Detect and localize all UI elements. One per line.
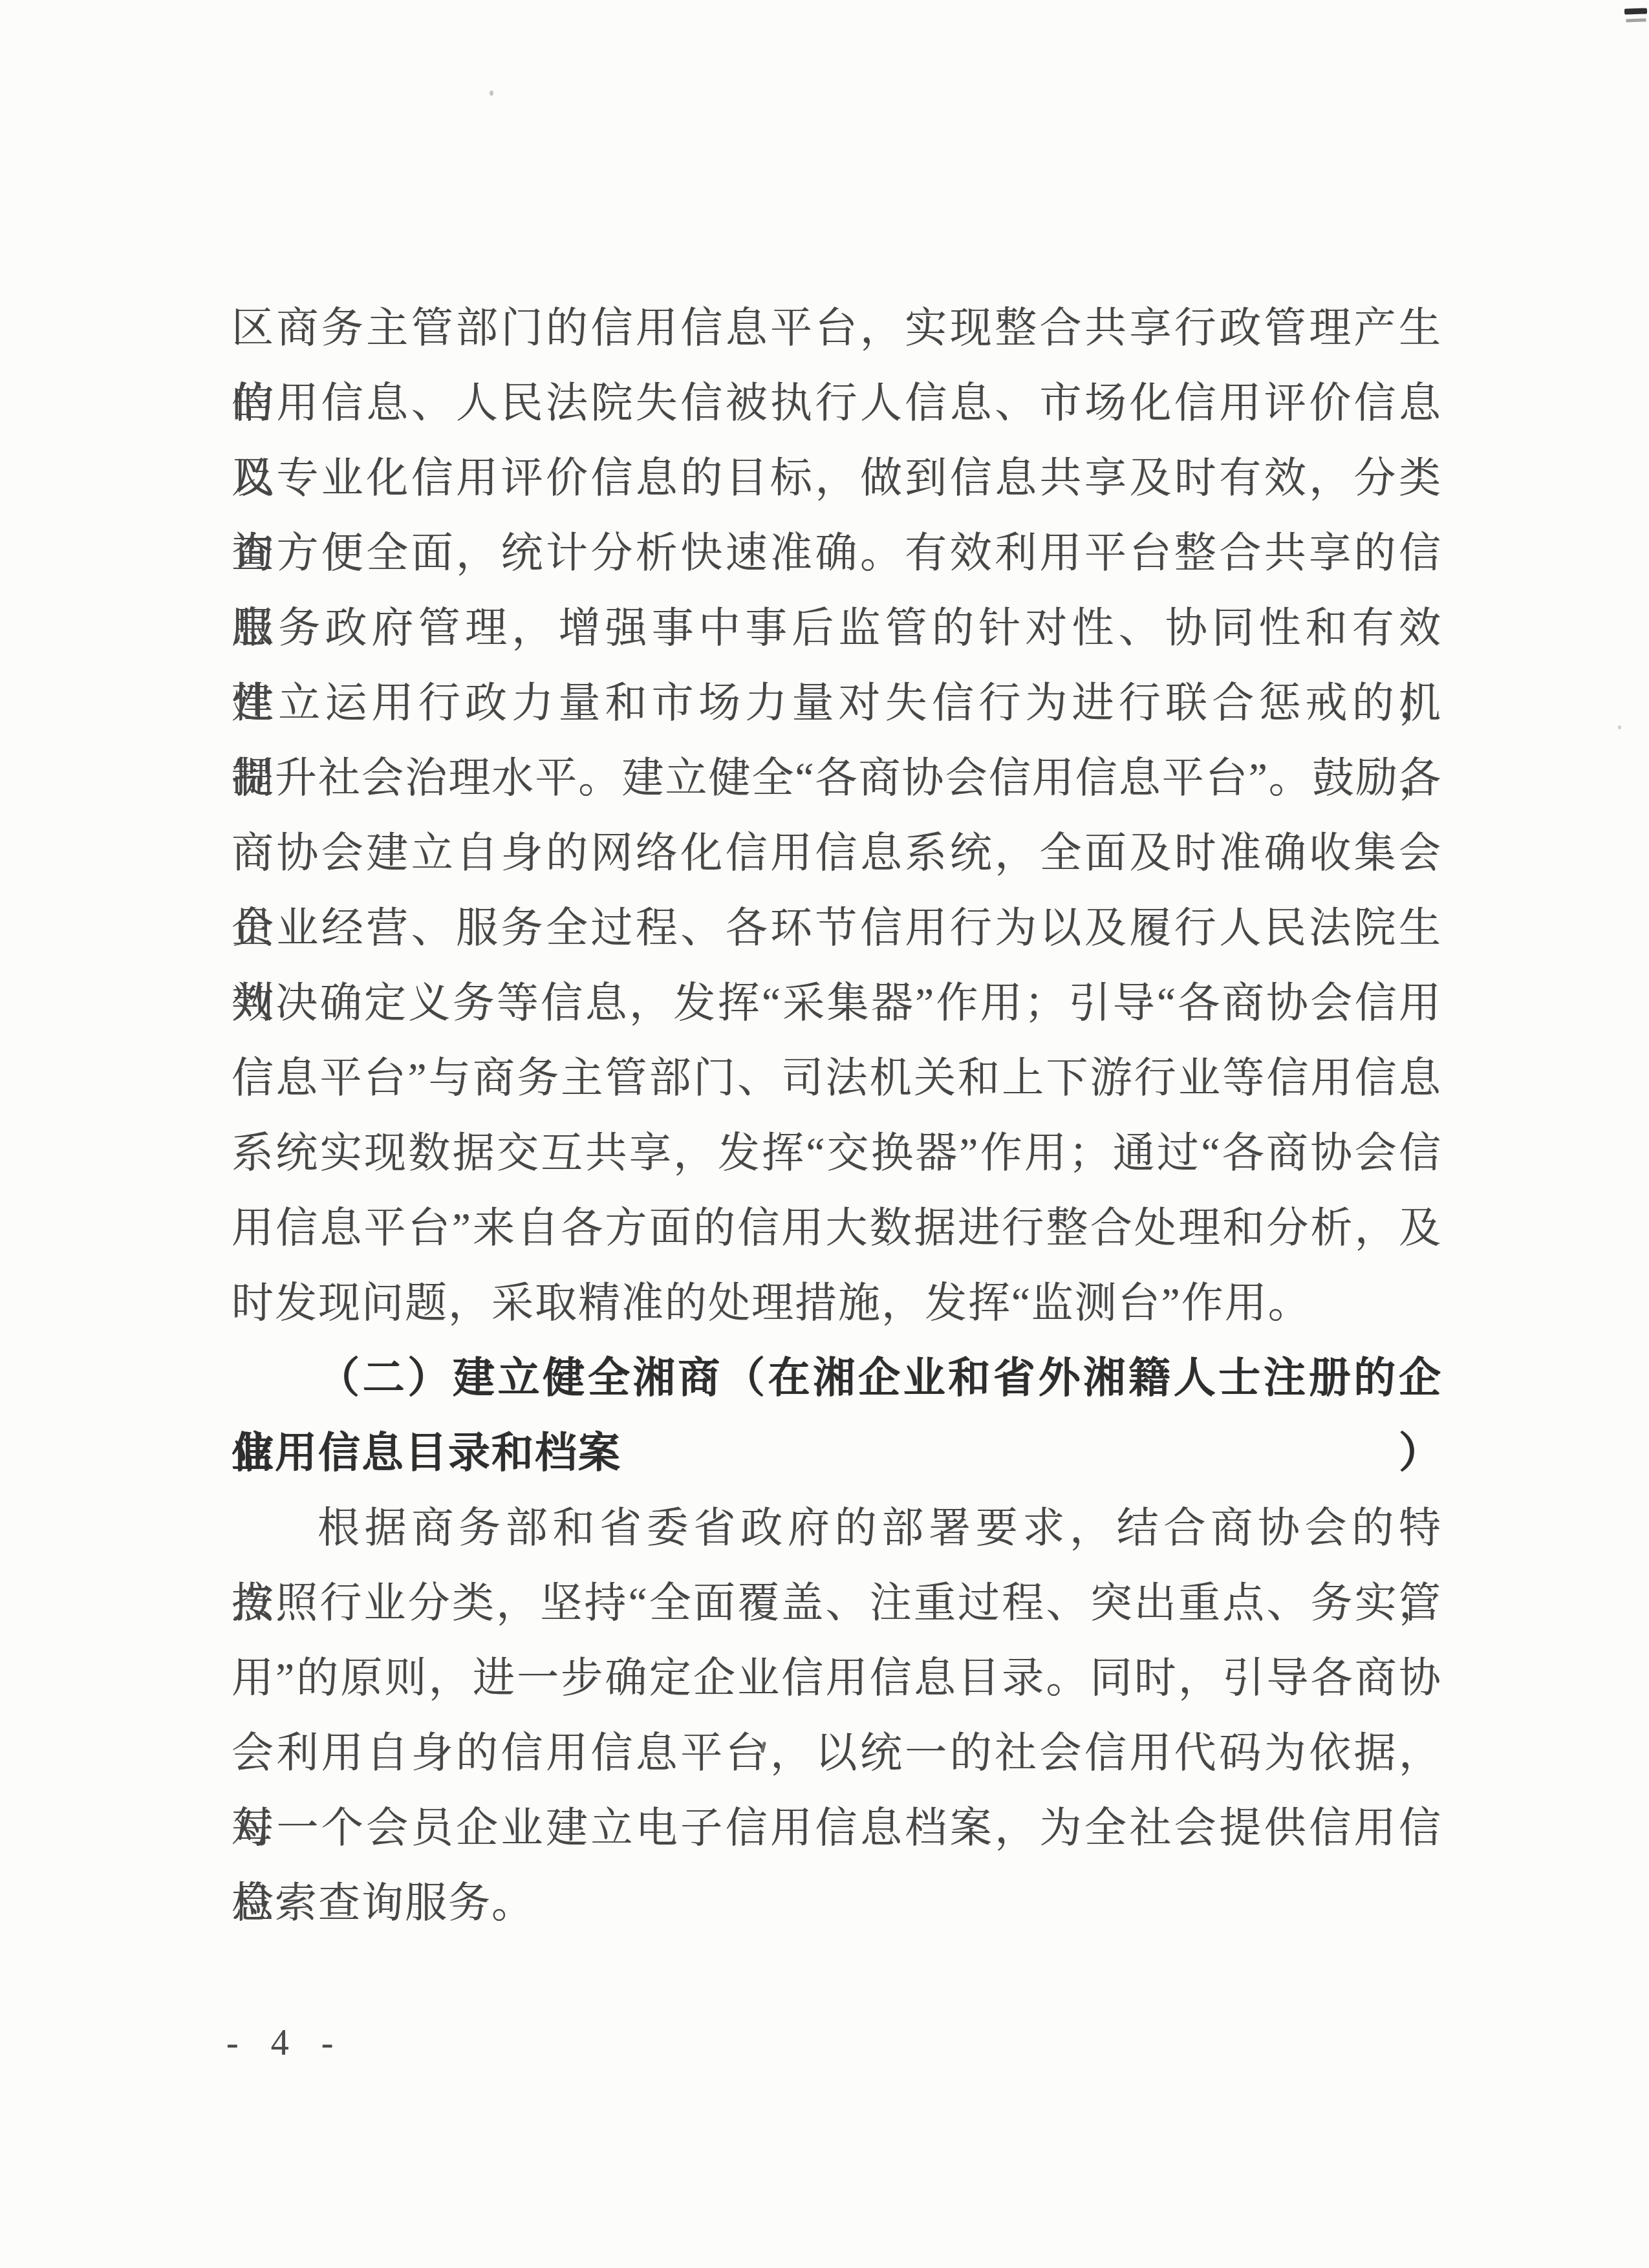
text-line: 企业经营、服务全过程、各环节信用行为以及履行人民法院生效 [232,891,1442,966]
text-line: 询方便全面，统计分析快速准确。有效利用平台整合共享的信息 [232,516,1442,591]
text-line: 判决确定义务等信息，发挥“采集器”作用；引导“各商协会信用 [232,966,1442,1041]
text-line: 系统实现数据交互共享，发挥“交换器”作用；通过“各商协会信 [232,1116,1442,1191]
text-line-paragraph-end: 时发现问题，采取精准的处理措施，发挥“监测台”作用。 [232,1266,1442,1341]
scan-speck [1618,725,1621,729]
document-page: 区商务主管部门的信用信息平台，实现整合共享行政管理产生的 信用信息、人民法院失信… [0,0,1649,2268]
text-line: 提升社会治理水平。建立健全“各商协会信用信息平台”。鼓励各 [232,741,1442,816]
text-line-paragraph-start: 根据商务部和省委省政府的部署要求，结合商协会的特点， [232,1491,1442,1566]
text-line: 商协会建立自身的网络化信用信息系统，全面及时准确收集会员 [232,816,1442,891]
text-line: 服务政府管理，增强事中事后监管的针对性、协同性和有效性， [232,591,1442,666]
text-line: 按照行业分类，坚持“全面覆盖、注重过程、突出重点、务实管 [232,1566,1442,1641]
text-line: 建立运用行政力量和市场力量对失信行为进行联合惩戒的机制， [232,666,1442,741]
text-line: 会利用自身的信用信息平台，以统一的社会信用代码为依据，对 [232,1716,1442,1791]
scan-speck [490,91,493,96]
document-body: 区商务主管部门的信用信息平台，实现整合共享行政管理产生的 信用信息、人民法院失信… [232,291,1442,1941]
section-heading-line: （二）建立健全湘商（在湘企业和省外湘籍人士注册的企业） [232,1341,1442,1416]
page-number: - 4 - [226,2022,345,2064]
text-line: 每一个会员企业建立电子信用信息档案，为全社会提供信用信息 [232,1791,1442,1866]
text-line-paragraph-end: 检索查询服务。 [232,1866,1442,1941]
text-line: 用信息平台”来自各方面的信用大数据进行整合处理和分析，及 [232,1191,1442,1266]
scan-artifact-corner-mark [1624,8,1647,14]
text-line: 及专业化信用评价信息的目标，做到信息共享及时有效，分类查 [232,441,1442,516]
text-line: 区商务主管部门的信用信息平台，实现整合共享行政管理产生的 [232,291,1442,366]
text-line: 信用信息、人民法院失信被执行人信息、市场化信用评价信息以 [232,366,1442,441]
text-line: 用”的原则，进一步确定企业信用信息目录。同时，引导各商协 [232,1641,1442,1716]
text-line: 信息平台”与商务主管部门、司法机关和上下游行业等信用信息 [232,1041,1442,1116]
